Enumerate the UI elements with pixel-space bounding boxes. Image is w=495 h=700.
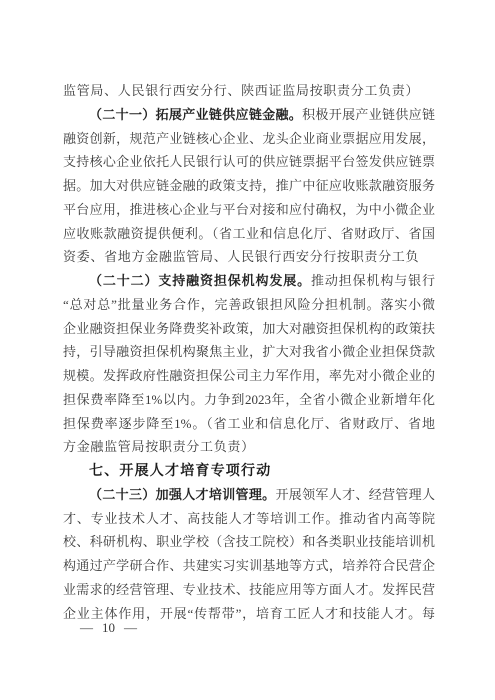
document-line: 平台应用，推进核心企业与平台对接和应付确权，为中小微企业 xyxy=(63,198,435,222)
document-line: 业需求的经营管理、专业技术、技能应用等方面人才。发挥民营 xyxy=(63,578,435,602)
line-text: 平台应用，推进核心企业与平台对接和应付确权，为中小微企业 xyxy=(63,202,435,217)
document-line: 企业融资担保业务降费奖补政策，加大对融资担保机构的政策扶 xyxy=(63,317,435,341)
line-text: 企业融资担保业务降费奖补政策，加大对融资担保机构的政策扶 xyxy=(63,321,435,336)
line-text: 才、专业技术人才、高技能人才等培训工作。推动省内高等院 xyxy=(63,511,435,526)
document-line: 支持核心企业依托人民银行认可的供应链票据平台签发供应链票 xyxy=(63,150,435,174)
line-text: “总对总”批量业务合作，完善政银担风险分担机制。落实小微 xyxy=(63,297,435,312)
document-line: （二十一）拓展产业链供应链金融。积极开展产业链供应链 xyxy=(63,103,435,127)
document-line: （二十三）加强人才培训管理。开展领军人才、经营管理人 xyxy=(63,483,435,507)
line-text: 据。加大对供应链金融的政策支持，推广中征应收账款融资服务 xyxy=(63,178,435,193)
document-line: 担保费率降至1%以内。力争到2023年，全省小微企业新增年化 xyxy=(63,388,435,412)
line-text: 监管局、人民银行西安分行、陕西证监局按职责分工负责） xyxy=(63,83,419,98)
document-line: 担保费率逐步降至1%。（省工业和信息化厅、省财政厅、省地 xyxy=(63,412,435,436)
line-bold-text: （二十三）加强人才培训管理。 xyxy=(89,487,275,502)
line-text: 构通过产学研合作、共建实习实训基地等方式，培养符合民营企 xyxy=(63,558,435,573)
document-line: 构通过产学研合作、共建实习实训基地等方式，培养符合民营企 xyxy=(63,554,435,578)
line-text: 校、科研机构、职业学校（含技工院校）和各类职业技能培训机 xyxy=(63,534,435,549)
line-text: 推动担保机构与银行 xyxy=(311,273,435,288)
page-footer: —10— xyxy=(80,620,137,636)
document-line: 监管局、人民银行西安分行、陕西证监局按职责分工负责） xyxy=(63,79,435,103)
document-line: 规模。发挥政府性融资担保公司主力军作用，率先对小微企业的 xyxy=(63,364,435,388)
document-line: 据。加大对供应链金融的政策支持，推广中征应收账款融资服务 xyxy=(63,174,435,198)
line-text: 开展领军人才、经营管理人 xyxy=(275,487,435,502)
line-text: 担保费率降至1%以内。力争到2023年，全省小微企业新增年化 xyxy=(63,392,435,407)
document-line: 资委、省地方金融监管局、人民银行西安分行按职责分工负责） xyxy=(63,245,435,269)
line-bold-text: （二十一）拓展产业链供应链金融。 xyxy=(89,107,302,122)
page-number: 10 xyxy=(102,620,115,636)
document-line: 七、开展人才培育专项行动 xyxy=(63,459,435,483)
document-page: 监管局、人民银行西安分行、陕西证监局按职责分工负责） （二十一）拓展产业链供应链… xyxy=(0,0,495,700)
line-text: 方金融监管局按职责分工负责） xyxy=(63,439,255,454)
document-line: 应收账款融资提供便利。（省工业和信息化厅、省财政厅、省国 xyxy=(63,222,435,246)
line-text: 持，引导融资担保机构聚焦主业，扩大对我省小微企业担保贷款 xyxy=(63,344,435,359)
line-bold-text: （二十二）支持融资担保机构发展。 xyxy=(89,273,311,288)
footer-left-dash: — xyxy=(80,620,93,636)
document-line: 校、科研机构、职业学校（含技工院校）和各类职业技能培训机 xyxy=(63,530,435,554)
document-body: 监管局、人民银行西安分行、陕西证监局按职责分工负责） （二十一）拓展产业链供应链… xyxy=(63,79,435,625)
line-text: 规模。发挥政府性融资担保公司主力军作用，率先对小微企业的 xyxy=(63,368,435,383)
line-text: 七、开展人才培育专项行动 xyxy=(89,462,271,478)
document-line: （二十二）支持融资担保机构发展。推动担保机构与银行 xyxy=(63,269,435,293)
line-text: 融资创新，规范产业链核心企业、龙头企业商业票据应用发展， xyxy=(63,131,435,146)
document-line: 方金融监管局按职责分工负责） xyxy=(63,435,435,459)
line-text: 业需求的经营管理、专业技术、技能应用等方面人才。发挥民营 xyxy=(63,582,435,597)
line-text: 资委、省地方金融监管局、人民银行西安分行按职责分工负责） xyxy=(63,249,419,269)
document-line: 持，引导融资担保机构聚焦主业，扩大对我省小微企业担保贷款 xyxy=(63,340,435,364)
document-line: “总对总”批量业务合作，完善政银担风险分担机制。落实小微 xyxy=(63,293,435,317)
line-text: 支持核心企业依托人民银行认可的供应链票据平台签发供应链票 xyxy=(63,154,435,169)
document-line: 才、专业技术人才、高技能人才等培训工作。推动省内高等院 xyxy=(63,507,435,531)
line-text: 应收账款融资提供便利。（省工业和信息化厅、省财政厅、省国 xyxy=(63,226,435,241)
line-text: 积极开展产业链供应链 xyxy=(302,107,435,122)
line-text: 担保费率逐步降至1%。（省工业和信息化厅、省财政厅、省地 xyxy=(63,416,435,431)
document-line: 融资创新，规范产业链核心企业、龙头企业商业票据应用发展， xyxy=(63,127,435,151)
line-text: 企业主体作用，开展“传帮带”，培育工匠人才和技能人才。每 xyxy=(63,606,435,621)
footer-right-dash: — xyxy=(124,620,137,636)
